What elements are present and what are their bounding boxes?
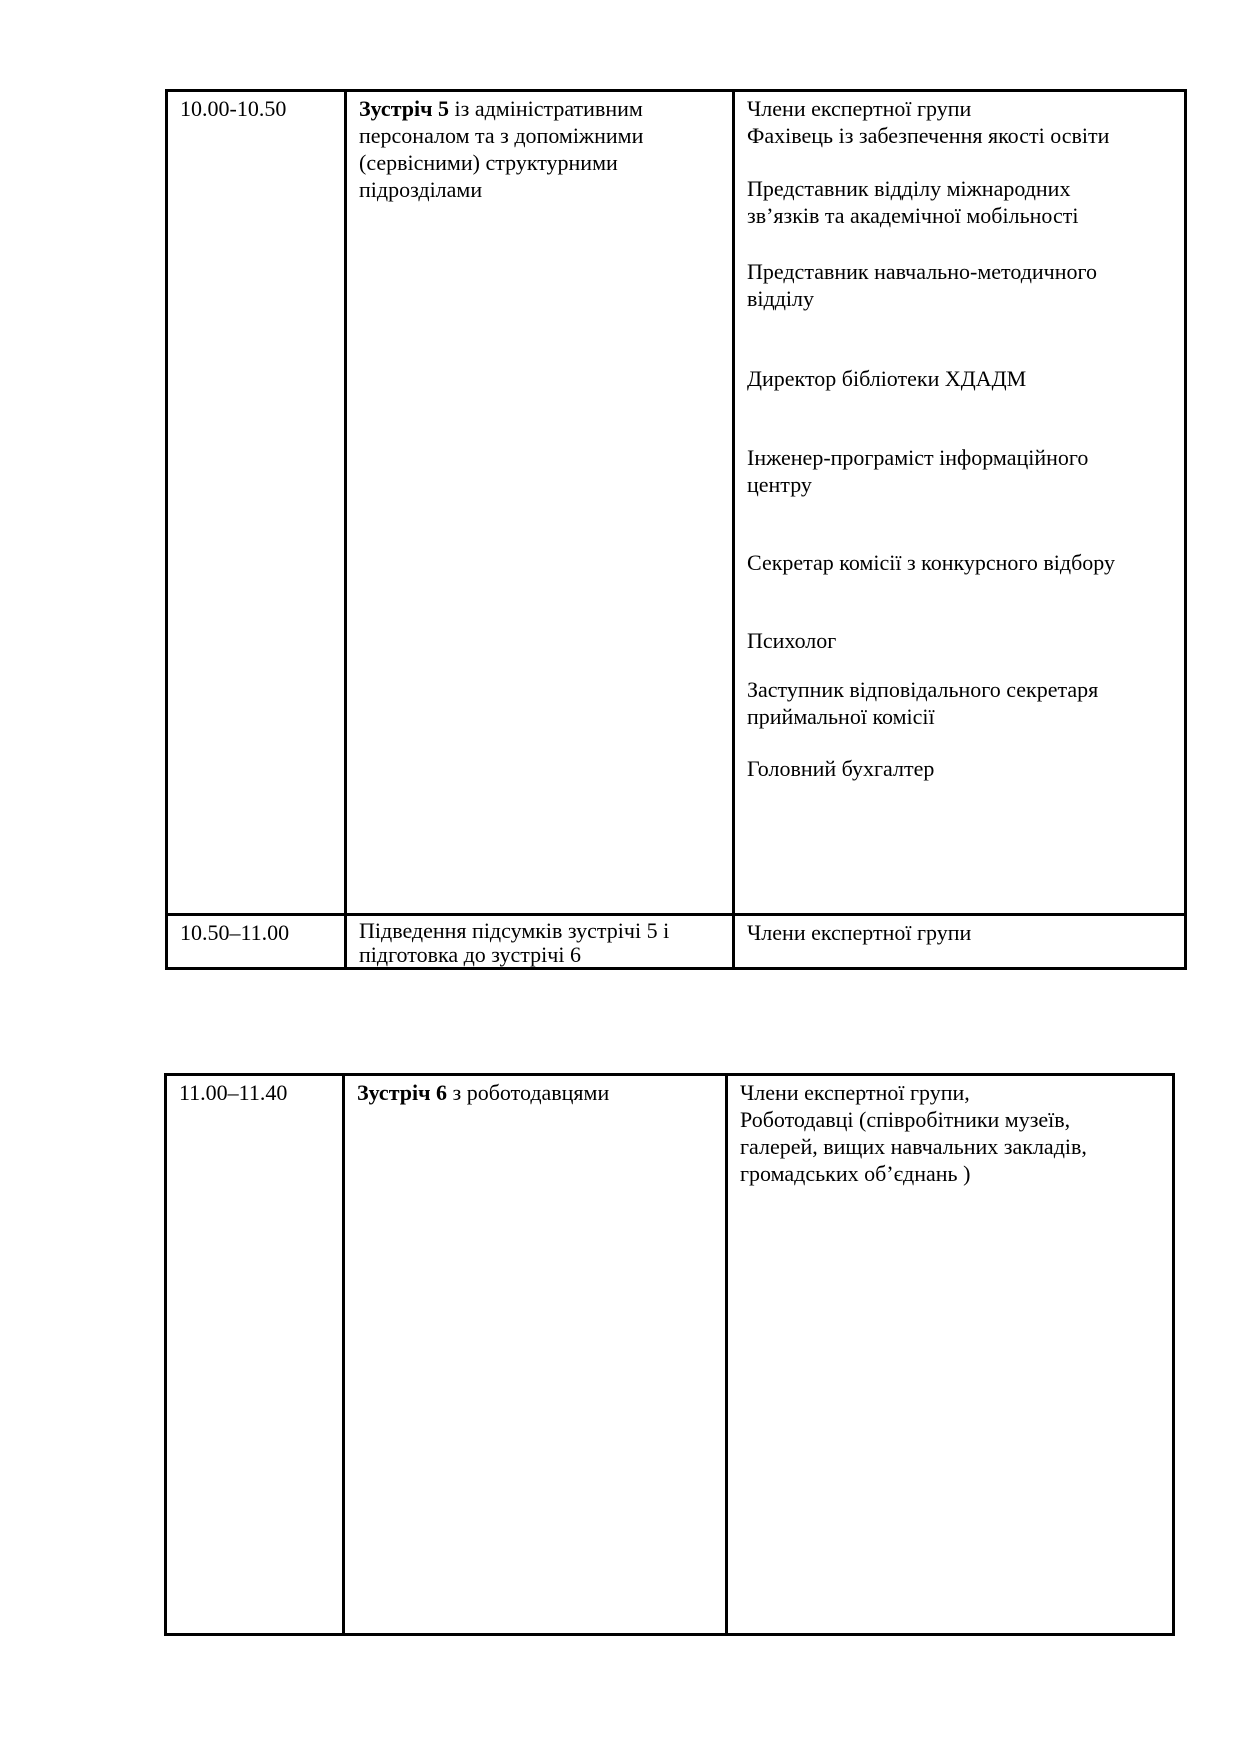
participant: приймальної комісії — [747, 703, 1174, 730]
time-text: 11.00–11.40 — [179, 1079, 332, 1106]
participant: Члени експертної групи, — [740, 1079, 1162, 1106]
participant: Представник відділу міжнародних — [747, 175, 1174, 202]
participant: Секретар комісії з конкурсного відбору — [747, 549, 1174, 576]
participant: Фахівець із забезпечення якості освіти — [747, 122, 1174, 149]
participant: Члени експертної групи — [747, 95, 1174, 122]
table-row: 11.00–11.40 Зустріч 6 з роботодавцями Чл… — [166, 1075, 1174, 1635]
participants-cell: Члени експертної групи, Роботодавці (спі… — [727, 1075, 1174, 1635]
event-title-bold: Зустріч 5 — [359, 96, 449, 121]
table-row: 10.00-10.50 Зустріч 5 із адміністративни… — [167, 91, 1186, 915]
time-cell: 10.50–11.00 — [167, 915, 346, 969]
participant: Інженер-програміст інформаційного — [747, 444, 1174, 471]
event-line: підготовка до зустрічі 6 — [359, 943, 722, 967]
event-line: підрозділами — [359, 176, 722, 203]
participant: Директор бібліотеки ХДАДМ — [747, 365, 1174, 392]
participant: Психолог — [747, 627, 1174, 654]
event-text: із адміністративним — [455, 96, 643, 121]
event-line: Підведення підсумків зустрічі 5 і — [359, 919, 722, 943]
event-text: з роботодавцями — [447, 1080, 609, 1105]
participant: Члени експертної групи — [747, 919, 1174, 946]
schedule-table-2: 11.00–11.40 Зустріч 6 з роботодавцями Чл… — [164, 1073, 1175, 1636]
event-line: Зустріч 5 із адміністративним — [359, 95, 722, 122]
event-line: Зустріч 6 з роботодавцями — [357, 1079, 715, 1106]
participants-cell: Члени експертної групи Фахівець із забез… — [734, 91, 1186, 915]
time-cell: 11.00–11.40 — [166, 1075, 344, 1635]
participant: зв’язків та академічної мобільності — [747, 202, 1174, 229]
event-cell: Зустріч 6 з роботодавцями — [344, 1075, 727, 1635]
participants-cell: Члени експертної групи — [734, 915, 1186, 969]
participant: громадських об’єднань ) — [740, 1160, 1162, 1187]
participant: відділу — [747, 285, 1174, 312]
participant: Заступник відповідального секретаря — [747, 676, 1174, 703]
schedule-table-1: 10.00-10.50 Зустріч 5 із адміністративни… — [165, 89, 1187, 970]
event-cell: Підведення підсумків зустрічі 5 і підгот… — [346, 915, 734, 969]
participant: галерей, вищих навчальних закладів, — [740, 1133, 1162, 1160]
event-title-bold: Зустріч 6 — [357, 1080, 447, 1105]
participant: Представник навчально-методичного — [747, 258, 1174, 285]
event-line: персоналом та з допоміжними — [359, 122, 722, 149]
event-line: (сервісними) структурними — [359, 149, 722, 176]
participant: Роботодавці (співробітники музеїв, — [740, 1106, 1162, 1133]
participant: Головний бухгалтер — [747, 755, 1174, 782]
table-row: 10.50–11.00 Підведення підсумків зустріч… — [167, 915, 1186, 969]
participant: центру — [747, 471, 1174, 498]
time-text: 10.50–11.00 — [180, 919, 334, 946]
time-text: 10.00-10.50 — [180, 95, 334, 122]
event-cell: Зустріч 5 із адміністративним персоналом… — [346, 91, 734, 915]
time-cell: 10.00-10.50 — [167, 91, 346, 915]
